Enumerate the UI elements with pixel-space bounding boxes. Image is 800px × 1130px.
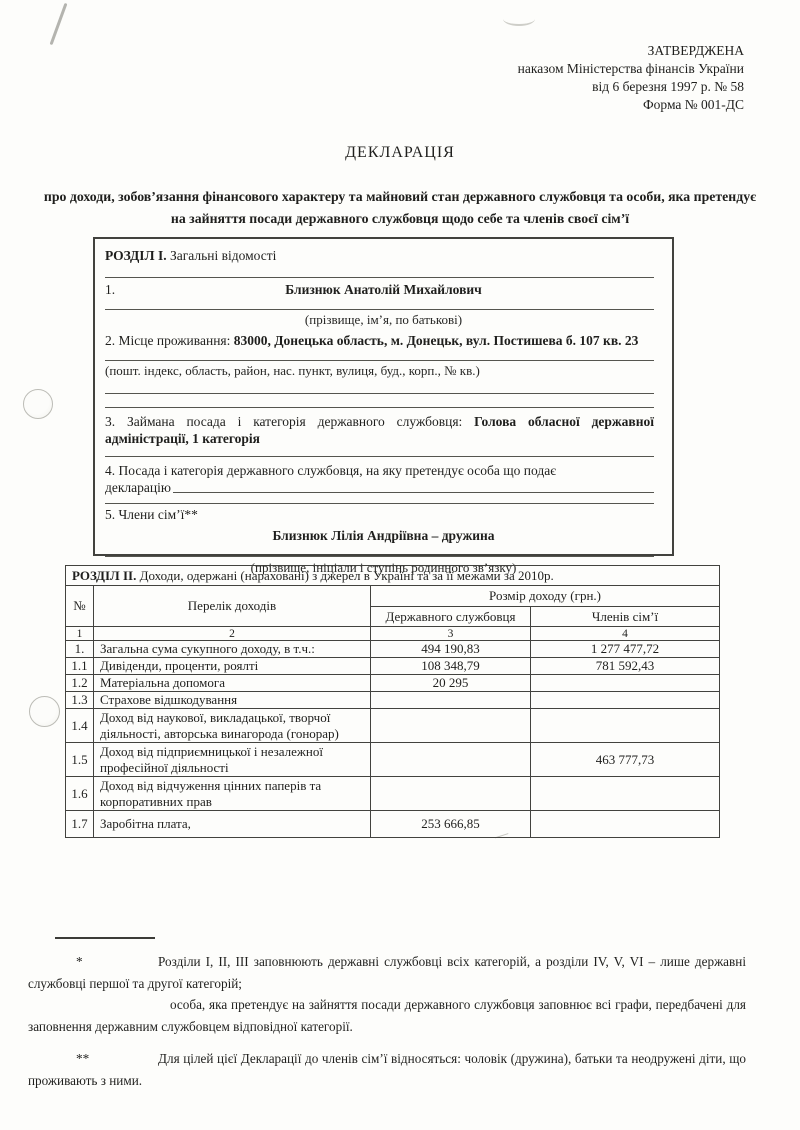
field-claimed-position-line1: 4. Посада і категорія державного службов… [105, 462, 662, 479]
row-family-value [531, 692, 720, 709]
row-label: Дивіденди, проценти, роялті [94, 658, 371, 675]
footnote-gap [28, 1037, 746, 1048]
table-row: 1.2 Матеріальна допомога 20 295 [66, 675, 720, 692]
page-title: ДЕКЛАРАЦІЯ [0, 144, 800, 162]
row-label: Загальна сума сукупного доходу, в т.ч.: [94, 641, 371, 658]
column-number-row: 1 2 3 4 [66, 627, 720, 641]
table-row: 1.5 Доход від підприємницької і незалежн… [66, 743, 720, 777]
blank-fill-line [173, 492, 654, 493]
col-header-income-list: Перелік доходів [94, 586, 371, 627]
form-line [105, 456, 654, 457]
row-no: 1.3 [66, 692, 94, 709]
form-line [105, 360, 654, 361]
approval-line-1: ЗАТВЕРДЖЕНА [518, 42, 744, 60]
form-line [105, 556, 654, 557]
row-official-value: 253 666,85 [371, 811, 531, 838]
row-label: Доход від наукової, викладацької, творчо… [94, 709, 371, 743]
field-fullname-value: Близнюк Анатолій Михайлович [105, 281, 662, 298]
row-official-value: 108 348,79 [371, 658, 531, 675]
field-fullname: 1. Близнюк Анатолій Михайлович [105, 281, 662, 298]
column-number-4: 4 [531, 627, 720, 641]
form-line [105, 277, 654, 278]
row-family-value [531, 675, 720, 692]
footnote-2: **Для цілей цієї Декларації до членів сі… [28, 1048, 746, 1091]
col-header-amount: Розмір доходу (грн.) [371, 586, 720, 607]
row-no: 1.6 [66, 777, 94, 811]
section-2-heading-number: РОЗДІЛ ІІ. [72, 568, 136, 583]
field-claimed-position: 4. Посада і категорія державного службов… [105, 462, 662, 496]
row-label: Страхове відшкодування [94, 692, 371, 709]
approval-line-3: від 6 березня 1997 р. № 58 [518, 78, 744, 96]
row-label: Доход від відчуження цінних паперів та к… [94, 777, 371, 811]
form-line [105, 503, 654, 504]
row-official-value: 20 295 [371, 675, 531, 692]
field-address-caption: (пошт. індекс, область, район, нас. пунк… [105, 362, 662, 379]
footnote-separator [55, 937, 155, 939]
scanned-declaration-page: { "approval": { "line1": "ЗАТВЕРДЖЕНА", … [0, 0, 800, 1130]
page-subtitle: про доходи, зобов’язання фінансового хар… [38, 186, 762, 230]
table-title-row: РОЗДІЛ ІІ. Доходи, одержані (нараховані)… [66, 566, 720, 586]
scan-curve-artifact [503, 12, 535, 26]
row-no: 1.1 [66, 658, 94, 675]
field-fullname-number: 1. [105, 281, 115, 298]
table-title-cell: РОЗДІЛ ІІ. Доходи, одержані (нараховані)… [66, 566, 720, 586]
row-no: 1.7 [66, 811, 94, 838]
field-position: 3. Займана посада і категорія державного… [105, 413, 654, 447]
section-1-heading: РОЗДІЛ І. Загальні відомості [105, 247, 662, 264]
row-official-value [371, 692, 531, 709]
row-label: Доход від підприємницької і незалежної п… [94, 743, 371, 777]
field-family-value: Близнюк Лілія Андріївна – дружина [105, 527, 662, 544]
row-official-value: 494 190,83 [371, 641, 531, 658]
table-row: 1.4 Доход від наукової, викладацької, тв… [66, 709, 720, 743]
footnote-2-mark: ** [76, 1048, 158, 1070]
approval-line-4: Форма № 001-ДС [518, 96, 744, 114]
field-fullname-caption: (прізвище, ім’я, по батькові) [105, 311, 662, 328]
table-row: 1.7 Заробітна плата, 253 666,85 [66, 811, 720, 838]
section-1-heading-number: РОЗДІЛ І. [105, 248, 167, 263]
footnote-1-part-b: особа, яка претендує на зайняття посади … [28, 994, 746, 1037]
row-no: 1.4 [66, 709, 94, 743]
form-line [105, 393, 654, 394]
form-line [105, 407, 654, 408]
row-label: Матеріальна допомога [94, 675, 371, 692]
section-1-box: РОЗДІЛ І. Загальні відомості 1. Близнюк … [93, 237, 674, 556]
field-address-label: 2. Місце проживання: [105, 333, 230, 348]
column-number-1: 1 [66, 627, 94, 641]
row-family-value: 1 277 477,72 [531, 641, 720, 658]
row-no: 1.5 [66, 743, 94, 777]
row-official-value [371, 743, 531, 777]
table-row: 1.3 Страхове відшкодування [66, 692, 720, 709]
row-no: 1. [66, 641, 94, 658]
form-line [105, 309, 654, 310]
section-1-heading-text: Загальні відомості [167, 248, 277, 263]
section-2-income-table: РОЗДІЛ ІІ. Доходи, одержані (нараховані)… [65, 565, 720, 838]
footnote-1-mark: * [76, 951, 158, 973]
col-header-no: № [66, 586, 94, 627]
row-label: Заробітна плата, [94, 811, 371, 838]
table-row: 1. Загальна сума сукупного доходу, в т.ч… [66, 641, 720, 658]
hole-punch-bottom [29, 696, 60, 727]
col-header-family: Членів сім’ї [531, 607, 720, 627]
field-address-value: 83000, Донецька область, м. Донецьк, вул… [234, 333, 639, 348]
row-no: 1.2 [66, 675, 94, 692]
row-official-value [371, 709, 531, 743]
footnote-1-text-b: особа, яка претендує на зайняття посади … [28, 997, 746, 1034]
hole-punch-top [23, 389, 53, 419]
column-number-3: 3 [371, 627, 531, 641]
row-family-value [531, 777, 720, 811]
row-family-value: 781 592,43 [531, 658, 720, 675]
field-position-label: 3. Займана посада і категорія державного… [105, 414, 474, 429]
field-address: 2. Місце проживання: 83000, Донецька обл… [105, 332, 662, 349]
pen-stroke-artifact [50, 3, 68, 45]
table-row: 1.6 Доход від відчуження цінних паперів … [66, 777, 720, 811]
row-official-value [371, 777, 531, 811]
col-header-official: Державного службовця [371, 607, 531, 627]
row-family-value [531, 709, 720, 743]
column-number-2: 2 [94, 627, 371, 641]
field-claimed-position-word: декларацію [105, 479, 171, 496]
footnotes-block: *Розділи І, ІІ, ІІІ заповнюють державні … [28, 951, 746, 1091]
approval-stamp-block: ЗАТВЕРДЖЕНА наказом Міністерства фінансі… [518, 42, 744, 114]
section-2-heading-text: Доходи, одержані (нараховані) з джерел в… [136, 568, 553, 583]
table-header-row-1: № Перелік доходів Розмір доходу (грн.) [66, 586, 720, 607]
field-family-label: 5. Члени сім’ї** [105, 506, 662, 523]
table-row: 1.1 Дивіденди, проценти, роялті 108 348,… [66, 658, 720, 675]
row-family-value [531, 811, 720, 838]
field-claimed-position-line2: декларацію [105, 479, 662, 496]
approval-line-2: наказом Міністерства фінансів України [518, 60, 744, 78]
row-family-value: 463 777,73 [531, 743, 720, 777]
footnote-1-part-a: *Розділи І, ІІ, ІІІ заповнюють державні … [28, 951, 746, 994]
